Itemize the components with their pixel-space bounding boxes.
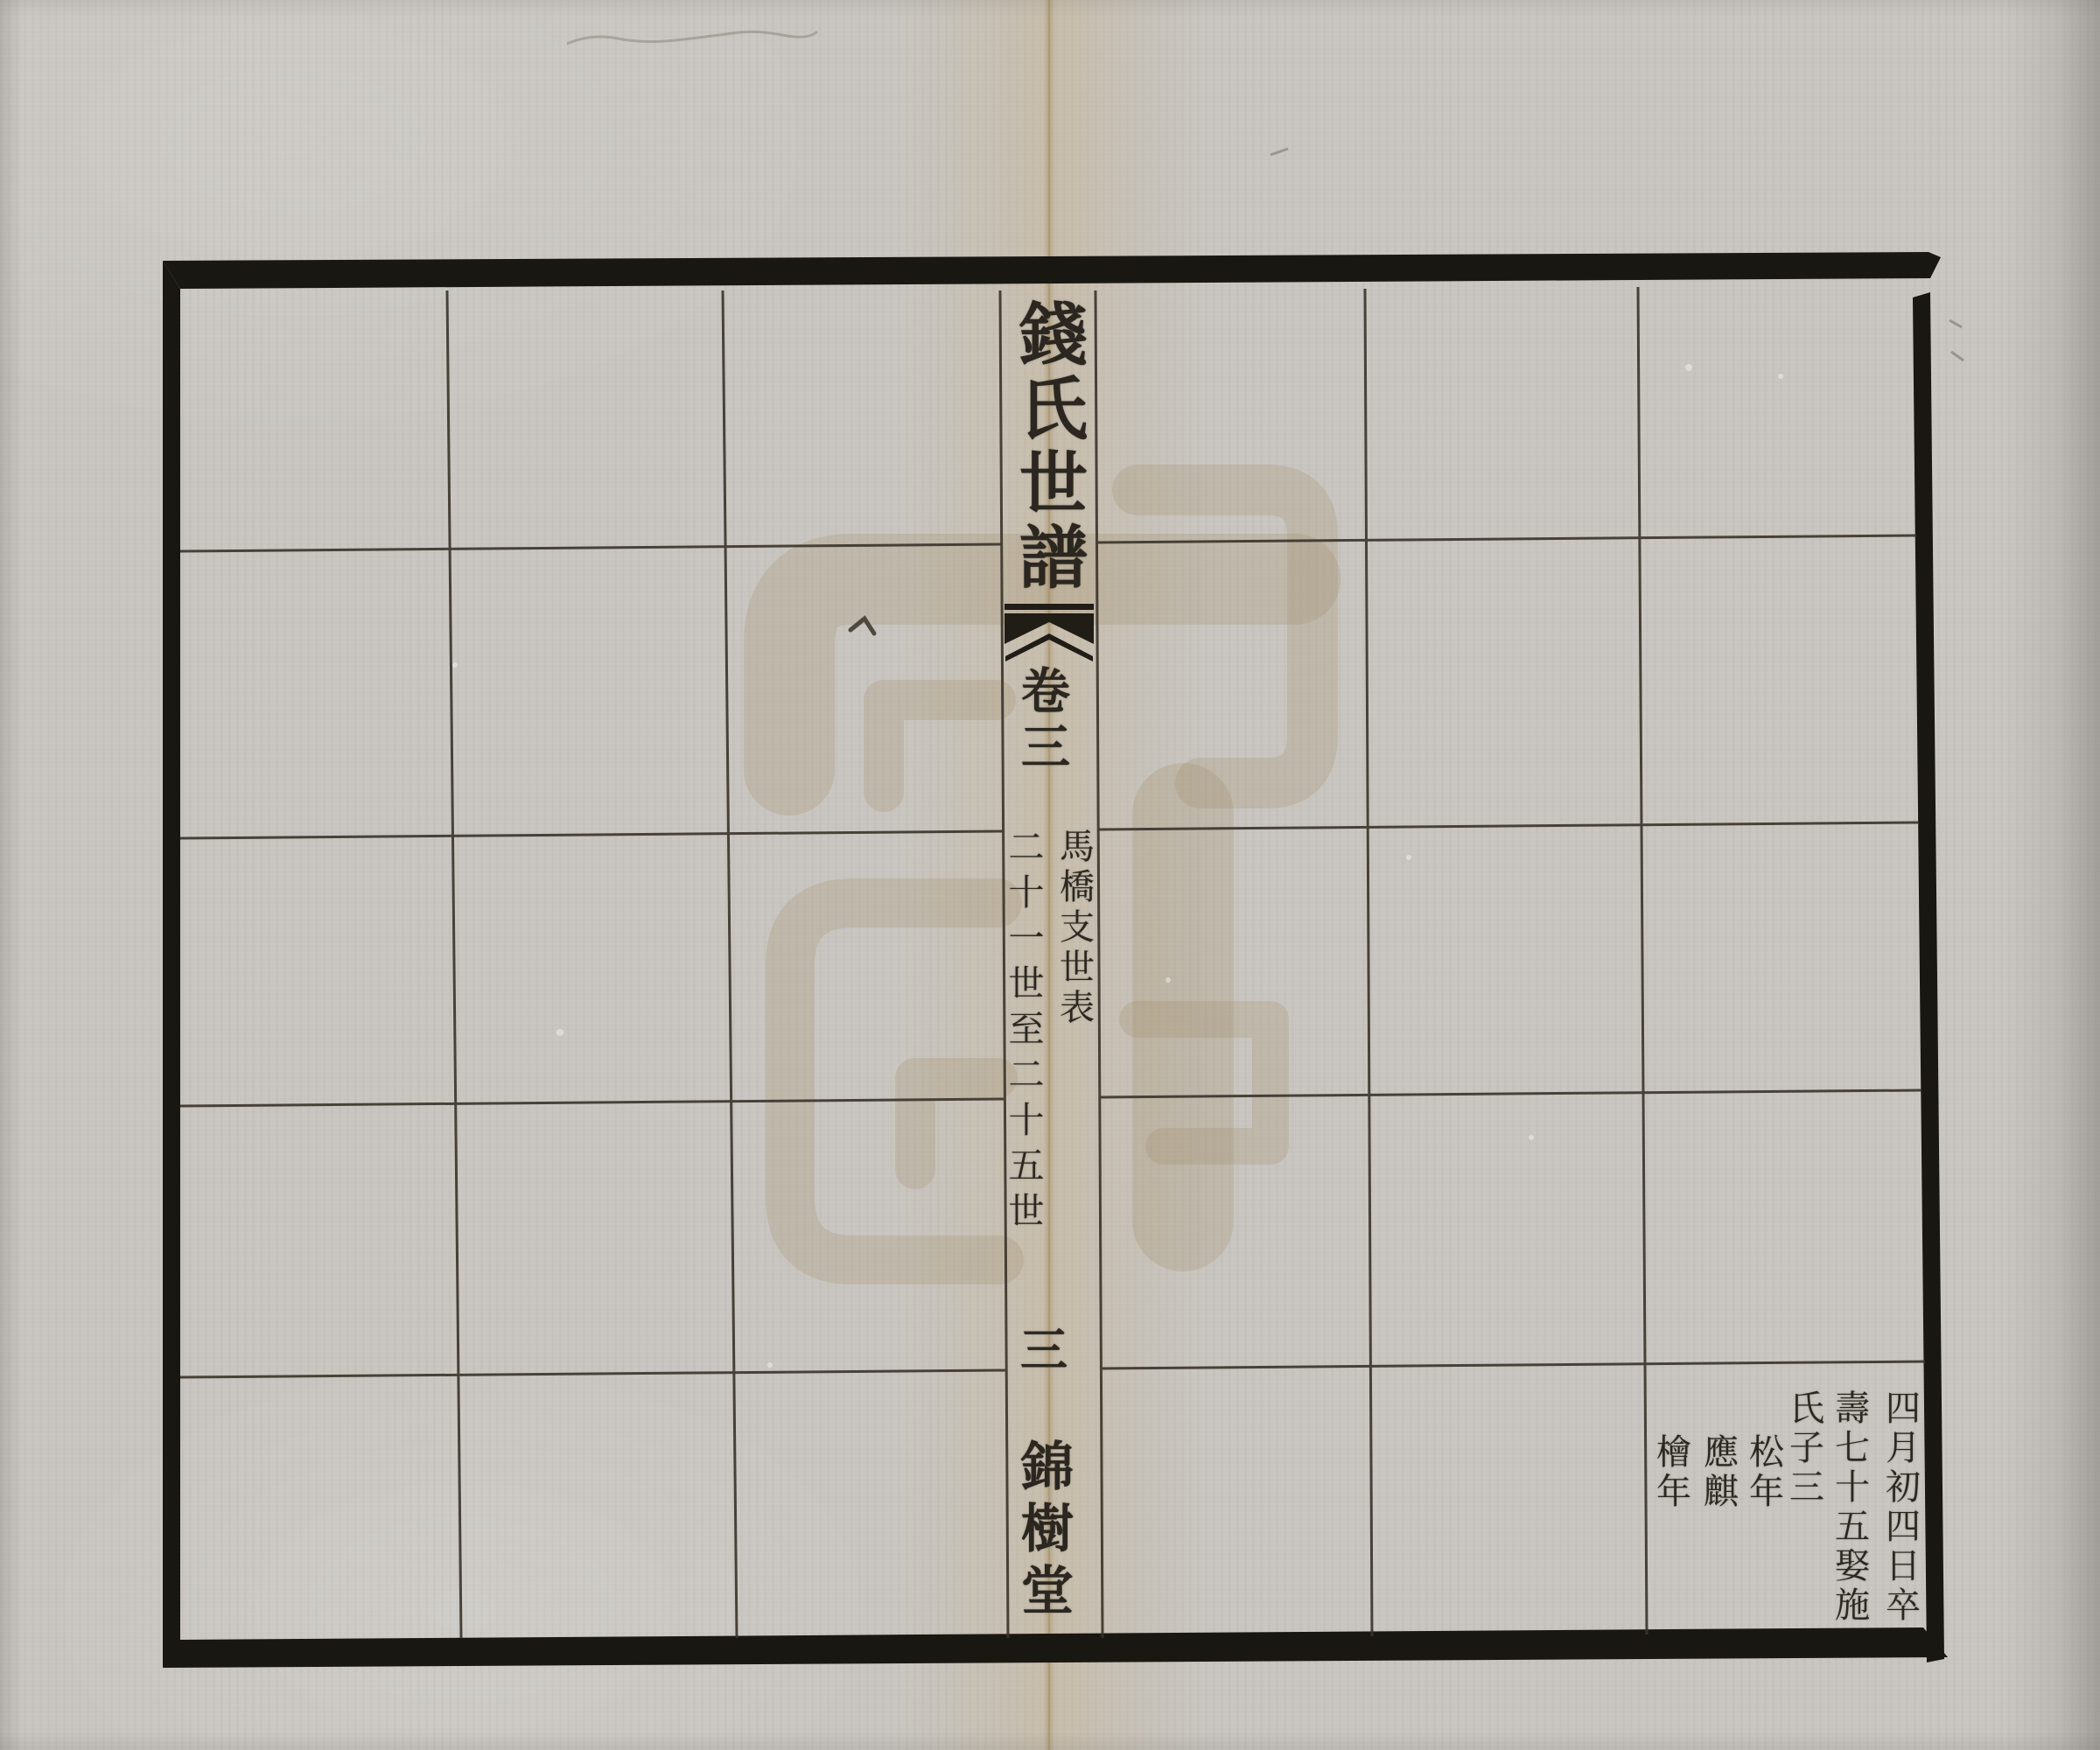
margin-speck-1	[1949, 320, 1962, 327]
margin-speck-2	[1951, 352, 1963, 360]
faint-dash-mark	[1270, 149, 1288, 155]
pencil-scribble-mark	[567, 31, 817, 44]
scanned-genealogy-page: 錢氏世譜 卷三 馬橋支世表 二十一世至二十五世 三 錦樹堂 四月初四日卒 壽七十…	[0, 0, 2100, 1750]
ink-speck-mark	[850, 619, 874, 633]
scan-marks	[0, 0, 2100, 1750]
